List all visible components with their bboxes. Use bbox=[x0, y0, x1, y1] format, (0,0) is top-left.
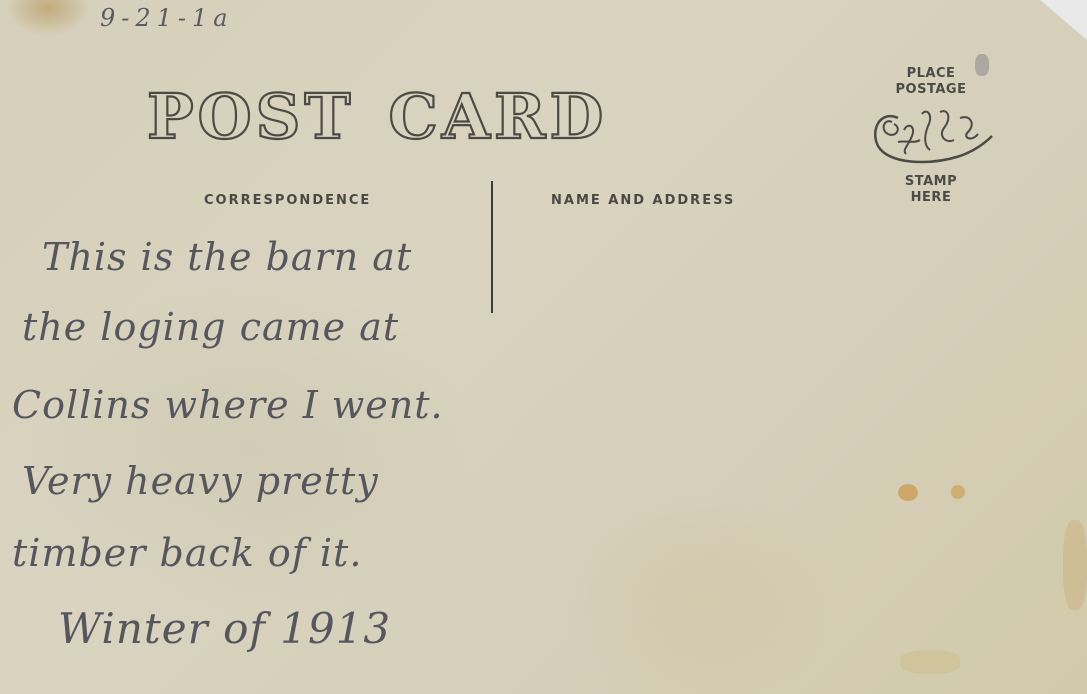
divider-line bbox=[491, 181, 493, 313]
stain bbox=[951, 485, 965, 499]
message-line: This is the barn at bbox=[42, 238, 412, 276]
title-card: CARD bbox=[389, 80, 608, 153]
stain bbox=[898, 484, 918, 501]
message-signoff: Winter of 1913 bbox=[58, 608, 391, 650]
message-line: Collins where I went. bbox=[12, 386, 444, 424]
correspondence-label: CORRESPONDENCE bbox=[204, 193, 371, 208]
monogram-flourish-icon bbox=[868, 100, 994, 170]
postcard-title: POSTCARD bbox=[147, 86, 607, 148]
message-line: the loging came at bbox=[22, 308, 399, 346]
stain bbox=[900, 650, 960, 674]
title-post: POST bbox=[147, 80, 355, 153]
date-note: 9-21-1a bbox=[100, 4, 234, 32]
message-line: timber back of it. bbox=[12, 534, 362, 572]
stamp-line-place: PLACE bbox=[866, 66, 996, 82]
message-line: Very heavy pretty bbox=[22, 462, 379, 500]
stamp-line-here: HERE bbox=[866, 190, 996, 206]
stamp-line-postage: POSTAGE bbox=[866, 82, 996, 98]
stamp-box: PLACE POSTAGE STAMP HERE bbox=[866, 66, 996, 231]
postcard-back: 9-21-1a POSTCARD CORRESPONDENCE NAME AND… bbox=[0, 0, 1087, 694]
stamp-line-stamp: STAMP bbox=[866, 174, 996, 190]
name-and-address-label: NAME AND ADDRESS bbox=[551, 193, 735, 208]
stain bbox=[1063, 520, 1087, 610]
